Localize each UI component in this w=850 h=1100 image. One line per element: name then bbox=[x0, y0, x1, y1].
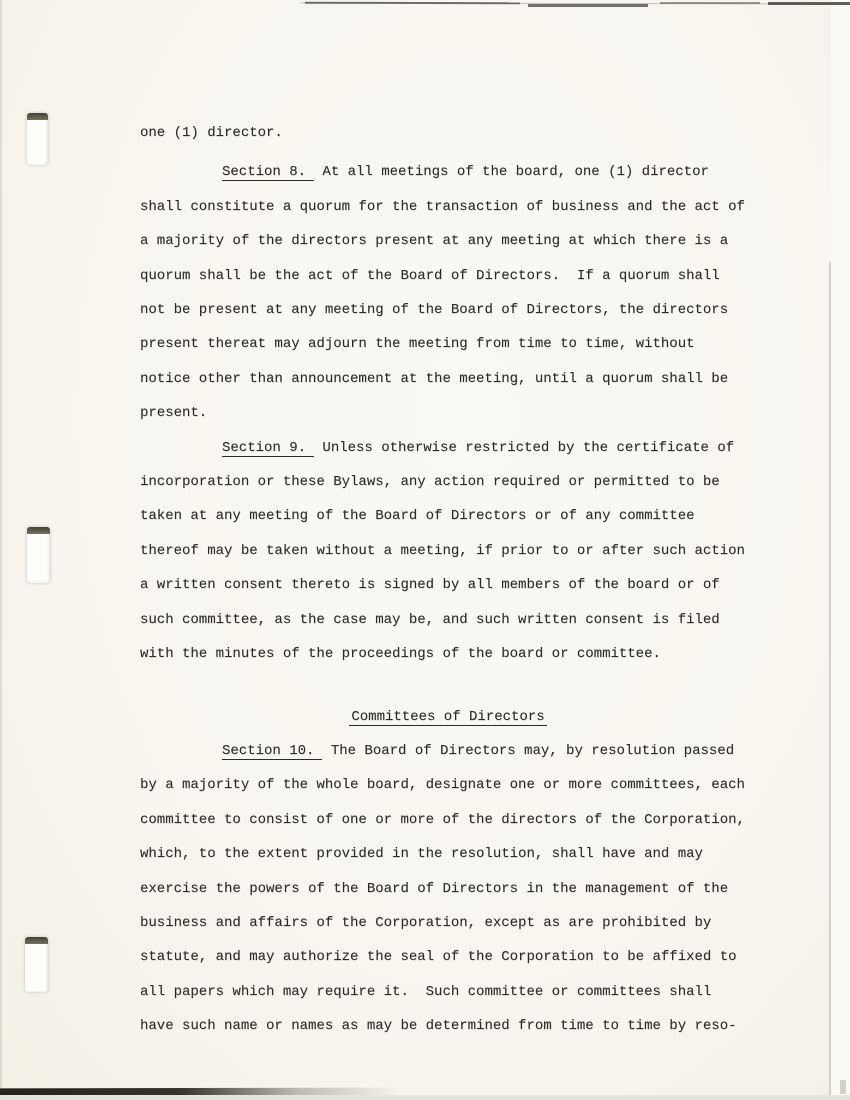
text-line: notice other than announcement at the me… bbox=[140, 362, 780, 396]
text-line: present thereat may adjourn the meeting … bbox=[140, 327, 780, 361]
text-line: a majority of the directors present at a… bbox=[140, 224, 780, 258]
hole-punch bbox=[27, 113, 48, 165]
text-line: statute, and may authorize the seal of t… bbox=[140, 940, 780, 974]
text-line: The Board of Directors may, by resolutio… bbox=[322, 743, 734, 759]
text-line: Unless otherwise restricted by the certi… bbox=[314, 440, 734, 456]
text-line: such committee, as the case may be, and … bbox=[140, 603, 780, 637]
text-line: shall constitute a quorum for the transa… bbox=[140, 190, 780, 224]
text-line: one (1) director. bbox=[140, 116, 780, 150]
right-margin-strip bbox=[831, 0, 850, 1100]
section-8-label: Section 8. bbox=[222, 164, 314, 181]
text-line: with the minutes of the proceedings of t… bbox=[140, 637, 780, 671]
top-edge-scan-mark bbox=[305, 2, 520, 5]
hole-punch bbox=[27, 527, 50, 583]
hole-punch bbox=[25, 937, 48, 992]
right-page-edge-line bbox=[829, 262, 831, 1100]
committees-heading-text: Committees of Directors bbox=[349, 709, 546, 726]
document-page: one (1) director. Section 8. At all meet… bbox=[0, 0, 850, 1100]
text-line: At all meetings of the board, one (1) di… bbox=[314, 164, 709, 180]
text-line: all papers which may require it. Such co… bbox=[140, 975, 780, 1009]
section-8-start-line: Section 8. At all meetings of the board,… bbox=[140, 155, 780, 189]
text-line: business and affairs of the Corporation,… bbox=[140, 906, 780, 940]
text-line: incorporation or these Bylaws, any actio… bbox=[140, 465, 780, 499]
text-line: thereof may be taken without a meeting, … bbox=[140, 534, 780, 568]
bottom-edge-strip bbox=[0, 1095, 850, 1100]
text-line: exercise the powers of the Board of Dire… bbox=[140, 872, 780, 906]
section-9-start-line: Section 9. Unless otherwise restricted b… bbox=[140, 431, 780, 465]
text-line: taken at any meeting of the Board of Dir… bbox=[140, 499, 780, 533]
top-edge-scan-mark bbox=[768, 2, 850, 5]
right-corner-scan-mark bbox=[840, 1080, 846, 1094]
left-edge-scan-line bbox=[0, 0, 2, 1100]
text-line: by a majority of the whole board, design… bbox=[140, 768, 780, 802]
section-9-label: Section 9. bbox=[222, 440, 314, 457]
text-line: present. bbox=[140, 396, 780, 430]
top-edge-scan-mark bbox=[528, 4, 648, 7]
text-line: a written consent thereto is signed by a… bbox=[140, 568, 780, 602]
top-edge-scan-mark bbox=[660, 2, 760, 4]
text-line: which, to the extent provided in the res… bbox=[140, 837, 780, 871]
text-line: quorum shall be the act of the Board of … bbox=[140, 259, 780, 293]
committees-heading: Committees of Directors bbox=[140, 700, 780, 734]
text-line: not be present at any meeting of the Boa… bbox=[140, 293, 780, 327]
text-line: have such name or names as may be determ… bbox=[140, 1009, 780, 1043]
typewritten-text: one (1) director. Section 8. At all meet… bbox=[140, 116, 780, 1044]
section-10-start-line: Section 10. The Board of Directors may, … bbox=[140, 734, 780, 768]
text-line: committee to consist of one or more of t… bbox=[140, 803, 780, 837]
section-10-label: Section 10. bbox=[222, 743, 322, 760]
